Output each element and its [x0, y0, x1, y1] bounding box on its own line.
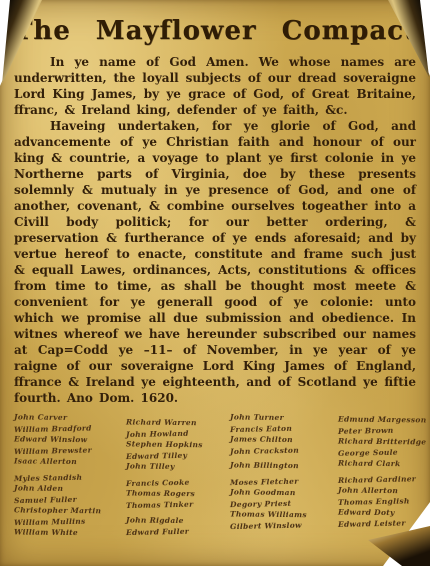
paragraph-preamble: In ye name of God Amen. We whose names a…: [14, 54, 416, 118]
signature: Thomas Tinker: [126, 498, 230, 511]
compact-body-text: In ye name of God Amen. We whose names a…: [0, 52, 430, 406]
signature: John Billington: [230, 459, 338, 471]
signature-column-3: John TurnerFrancis EatonJames ChiltonJoh…: [230, 412, 338, 538]
signature: Edward Leister: [338, 517, 427, 530]
signature-column-1: John CarverWilliam BradfordEdward Winslo…: [14, 412, 126, 538]
signature: John Crackston: [230, 444, 338, 457]
signature: Richard Clark: [338, 458, 427, 470]
signature: Gilbert Winslow: [230, 519, 338, 532]
signatures-section: John CarverWilliam BradfordEdward Winslo…: [0, 412, 430, 538]
signature: Edward Fuller: [126, 525, 230, 538]
signature: John Tilley: [126, 460, 230, 472]
signature-column-2: Richard WarrenJohn HowlandStephen Hopkin…: [126, 417, 230, 538]
page-title: The Mayflower Compact: [10, 16, 420, 46]
mayflower-compact-image: { "document": { "title": "The Mayflower …: [0, 0, 430, 566]
parchment-page: The Mayflower Compact In ye name of God …: [0, 0, 430, 566]
signature: Isaac Allerton: [14, 455, 126, 467]
paragraph-covenant: Haveing undertaken, for ye glorie of God…: [14, 118, 416, 406]
signature: William White: [14, 526, 126, 538]
signature-column-4: Edmund MargessonPeter BrownRichard Britt…: [338, 414, 427, 538]
